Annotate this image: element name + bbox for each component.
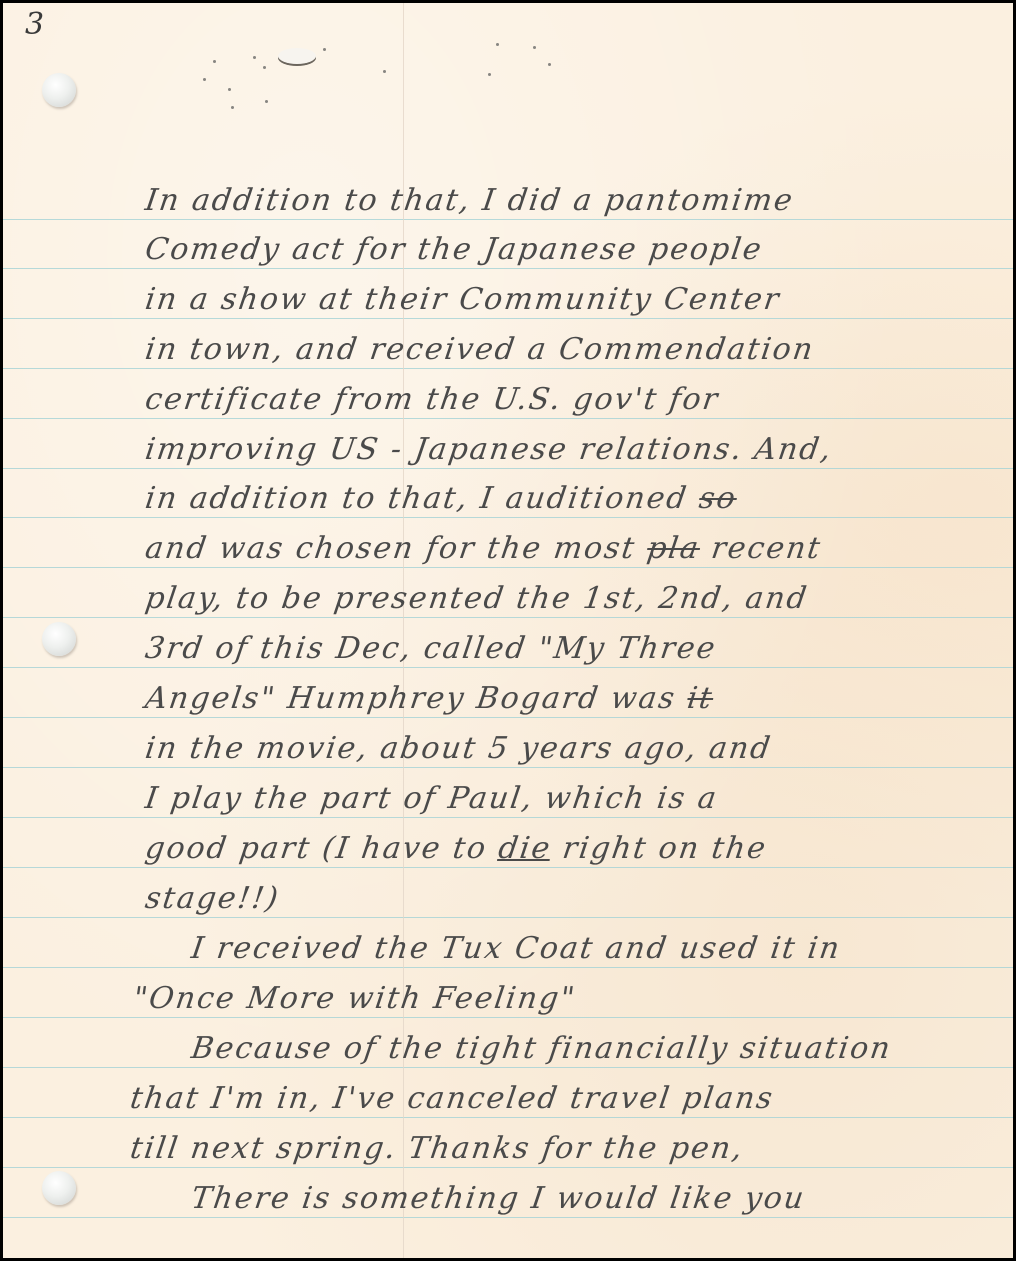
ruled-line bbox=[3, 368, 1013, 369]
letter-line: stage!!) bbox=[143, 881, 282, 916]
letter-line: certificate from the U.S. gov't for bbox=[143, 382, 722, 417]
letter-line: 3rd of this Dec, called "My Three bbox=[143, 631, 719, 666]
struck-word: so bbox=[697, 481, 739, 516]
punch-hole bbox=[42, 1171, 76, 1205]
ruled-line bbox=[3, 1167, 1013, 1168]
letter-line: Angels" Humphrey Bogard was it bbox=[143, 681, 716, 716]
ruled-line bbox=[3, 567, 1013, 568]
letter-page: 3 In addition to that, I did a pantomime… bbox=[3, 3, 1013, 1258]
ruled-line bbox=[3, 1017, 1013, 1018]
ruled-line bbox=[3, 1117, 1013, 1118]
ruled-line bbox=[3, 1067, 1013, 1068]
struck-word: it bbox=[685, 681, 716, 716]
struck-word: pla bbox=[645, 531, 703, 566]
page-number: 3 bbox=[25, 7, 44, 42]
letter-line: that I'm in, I've canceled travel plans bbox=[128, 1081, 776, 1116]
punch-hole bbox=[42, 73, 76, 107]
letter-line: "Once More with Feeling" bbox=[131, 981, 579, 1016]
letter-line: till next spring. Thanks for the pen, bbox=[128, 1131, 746, 1166]
ruled-line bbox=[3, 1217, 1013, 1218]
ruled-line bbox=[3, 967, 1013, 968]
paper-specks bbox=[193, 38, 573, 118]
ruled-line bbox=[3, 817, 1013, 818]
punch-hole bbox=[42, 622, 76, 656]
ruled-line bbox=[3, 219, 1013, 220]
letter-line: good part (I have to die right on the bbox=[143, 831, 769, 866]
letter-line: improving US - Japanese relations. And, bbox=[143, 432, 835, 467]
letter-line: in town, and received a Commendation bbox=[143, 332, 817, 367]
letter-line: Comedy act for the Japanese people bbox=[143, 232, 765, 267]
underlined-word: die bbox=[496, 831, 553, 866]
ruled-line bbox=[3, 268, 1013, 269]
ruled-line bbox=[3, 867, 1013, 868]
letter-line: I received the Tux Coat and used it in bbox=[143, 931, 843, 966]
letter-line: in the movie, about 5 years ago, and bbox=[143, 731, 774, 766]
ruled-line bbox=[3, 717, 1013, 718]
ruled-line bbox=[3, 468, 1013, 469]
ruled-line bbox=[3, 418, 1013, 419]
ruled-line bbox=[3, 318, 1013, 319]
letter-line: in addition to that, I auditioned so bbox=[143, 481, 739, 516]
paper-tear bbox=[278, 48, 316, 64]
ruled-line bbox=[3, 767, 1013, 768]
letter-line: There is something I would like you bbox=[143, 1181, 808, 1216]
letter-line: In addition to that, I did a pantomime bbox=[143, 183, 796, 218]
letter-line: play, to be presented the 1st, 2nd, and bbox=[143, 581, 810, 616]
letter-line: in a show at their Community Center bbox=[143, 282, 783, 317]
ruled-line bbox=[3, 917, 1013, 918]
letter-line: Because of the tight financially situati… bbox=[143, 1031, 894, 1066]
ruled-line bbox=[3, 617, 1013, 618]
ruled-line bbox=[3, 667, 1013, 668]
ruled-line bbox=[3, 517, 1013, 518]
letter-line: I play the part of Paul, which is a bbox=[143, 781, 720, 816]
letter-line: and was chosen for the most pla recent bbox=[143, 531, 824, 566]
